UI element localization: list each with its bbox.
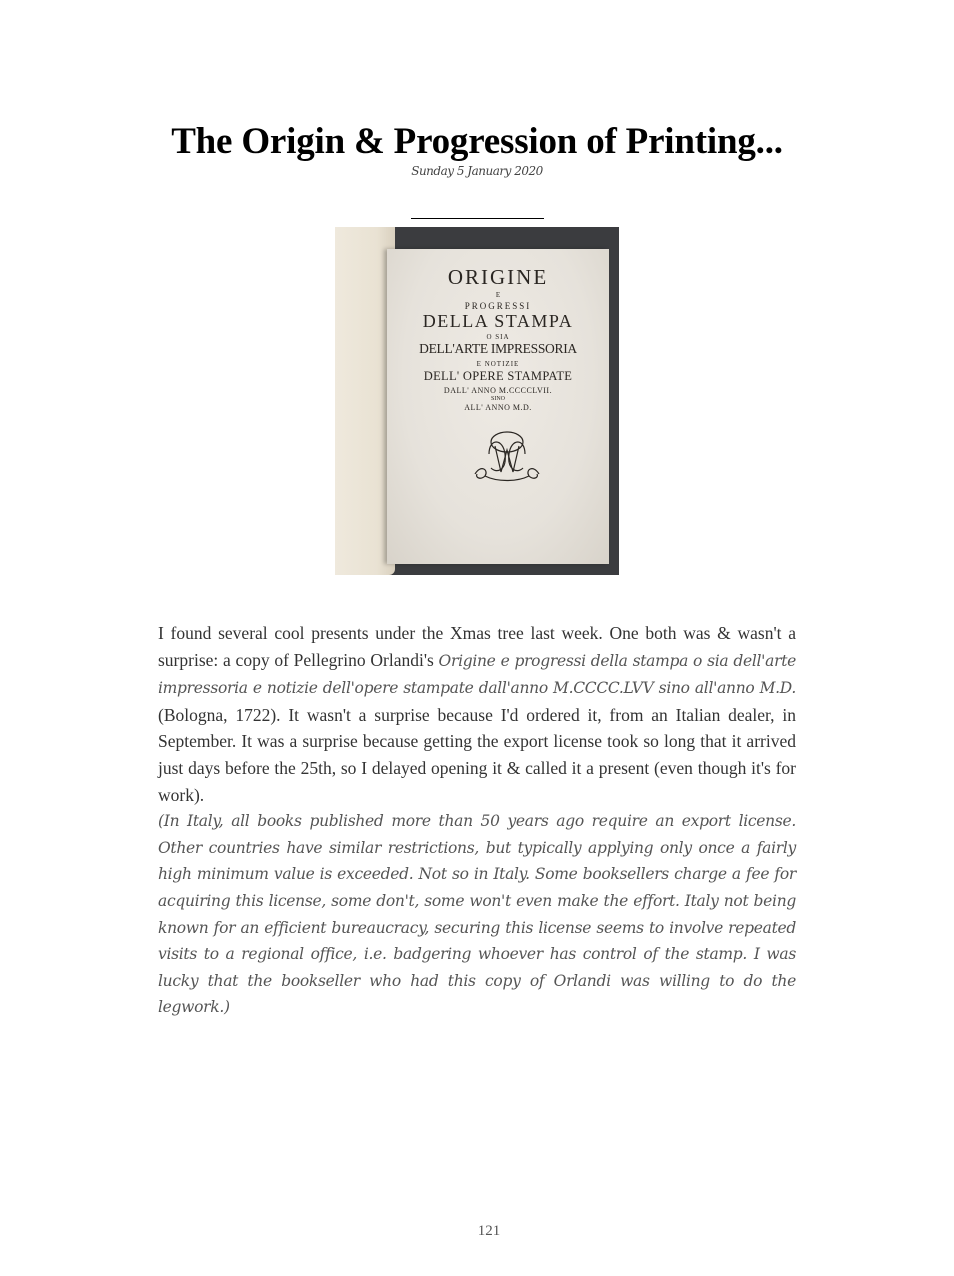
left-page xyxy=(335,227,395,575)
post-date: Sunday 5 January 2020 xyxy=(0,164,954,178)
title-page-line: E xyxy=(387,291,609,299)
monogram-ornament-icon xyxy=(467,424,547,484)
article-body: I found several cool presents under the … xyxy=(158,620,796,1021)
title-page-line: DELL'ARTE IMPRESSORIA xyxy=(387,341,609,357)
paragraph-text: (Bologna, 1722). It wasn't a surprise be… xyxy=(158,705,796,805)
title-page-line: DELL' OPERE STAMPATE xyxy=(387,369,609,384)
title-page-line: O SIA xyxy=(387,333,609,341)
title-page-line: PROGRESSI xyxy=(387,301,609,311)
title-page-line: DELLA STAMPA xyxy=(387,311,609,332)
page-number: 121 xyxy=(0,1223,954,1240)
divider xyxy=(411,218,544,219)
title-page-line: SINO xyxy=(387,396,609,402)
title-page-line: ALL' ANNO M.D. xyxy=(387,403,609,412)
page-title: The Origin & Progression of Printing... xyxy=(0,120,954,164)
aside-note: (In Italy, all books published more than… xyxy=(158,808,796,1021)
title-page-line: ORIGINE xyxy=(387,265,609,290)
title-page-line: E NOTIZIE xyxy=(387,360,609,368)
title-page: ORIGINE E PROGRESSI DELLA STAMPA O SIA D… xyxy=(387,249,609,564)
title-page-line: DALL' ANNO M.CCCCLVII. xyxy=(387,386,609,395)
book-title-page-photo: ORIGINE E PROGRESSI DELLA STAMPA O SIA D… xyxy=(335,227,619,575)
